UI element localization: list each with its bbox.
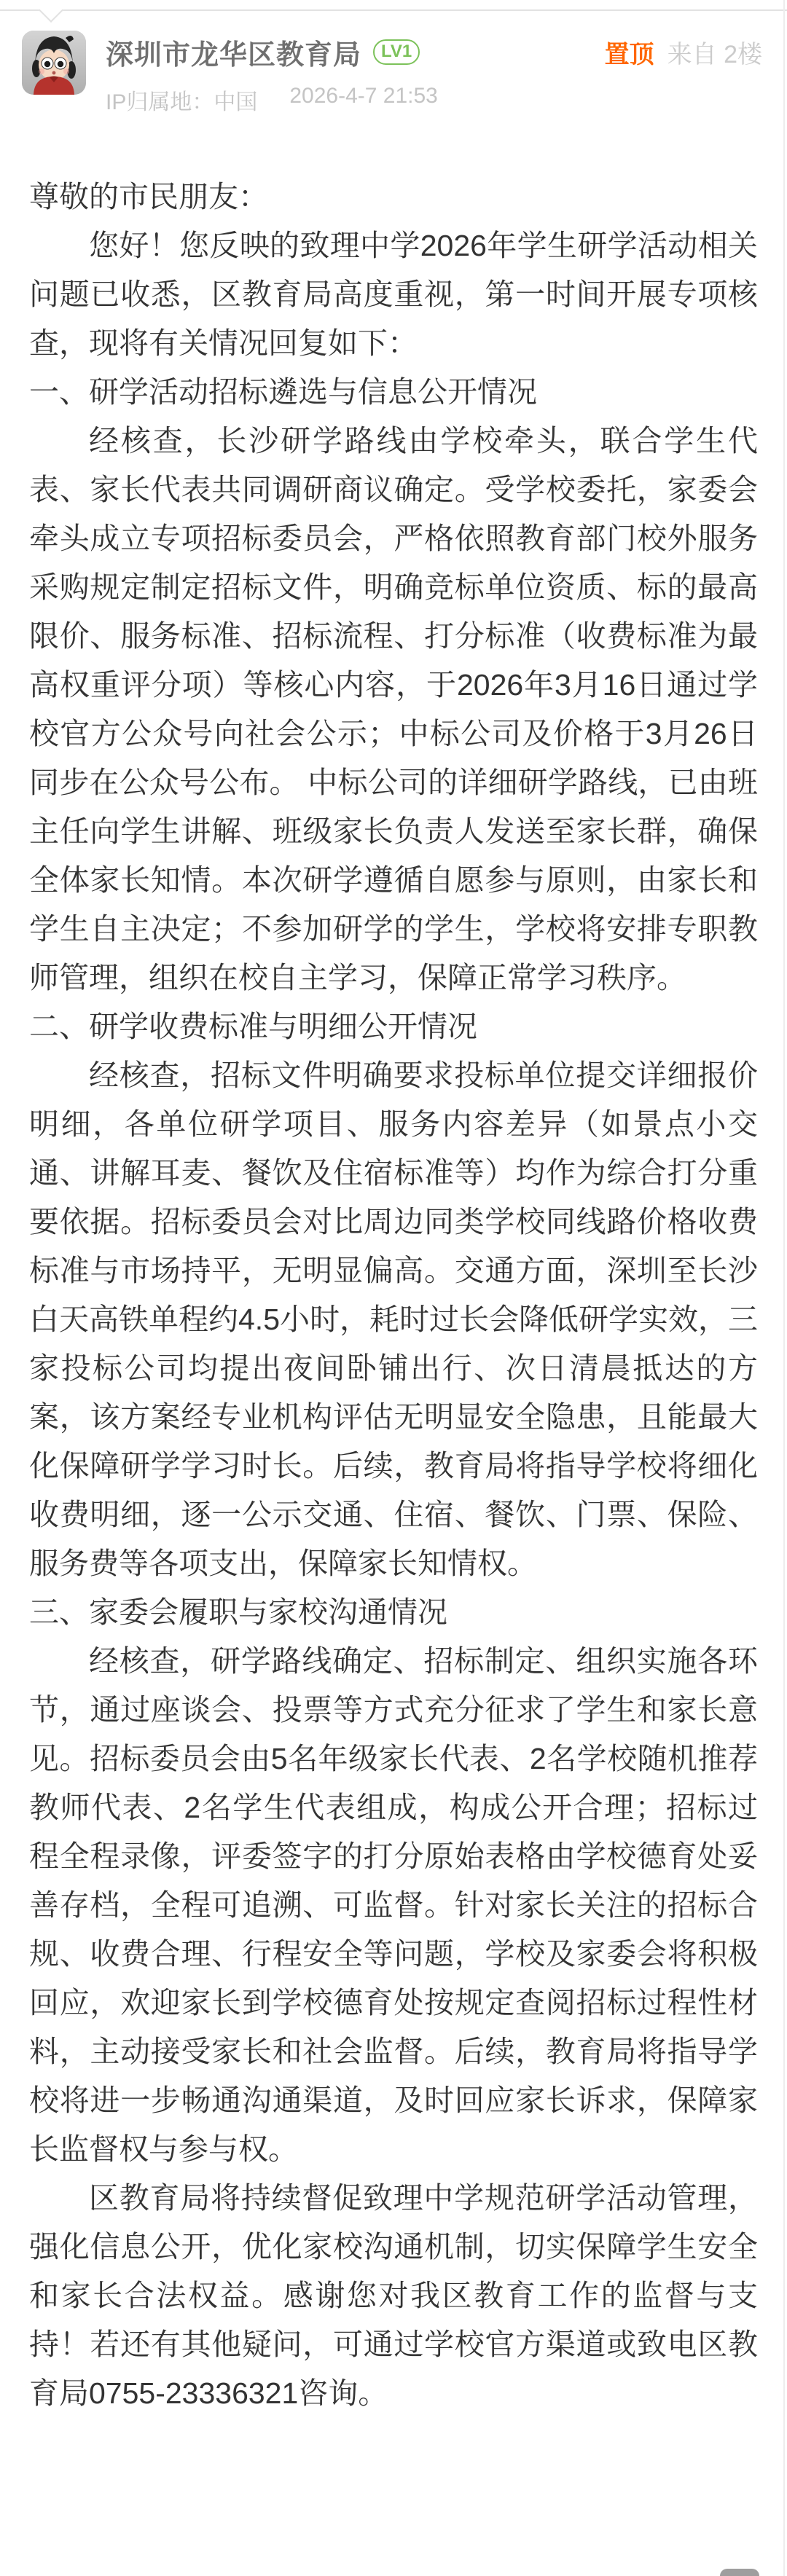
bubble-notch: [39, 0, 63, 23]
thread-divider: [0, 9, 787, 11]
section-paragraph-1: 经核查，长沙研学路线由学校牵头，联合学生代表、家长代表共同调研商议确定。受学校委…: [29, 417, 758, 1002]
meta-row: IP归属地：中国 2026-4-7 21:53: [106, 84, 762, 116]
reply-header: 深圳市龙华区教育局 LV1 置顶 来自 2楼 IP归属地：中国 2026-4-7…: [22, 31, 762, 116]
level-badge: LV1: [373, 39, 420, 65]
salutation: 尊敬的市民朋友：: [29, 173, 758, 221]
floor-label: 来自 2楼: [667, 34, 762, 70]
header-text-block: 深圳市龙华区教育局 LV1 置顶 来自 2楼 IP归属地：中国 2026-4-7…: [106, 31, 762, 116]
reply-post-panel: 深圳市龙华区教育局 LV1 置顶 来自 2楼 IP归属地：中国 2026-4-7…: [0, 0, 787, 2576]
section-paragraph-3: 经核查，研学路线确定、招标制定、组织实施各环节，通过座谈会、投票等方式充分征求了…: [29, 1637, 758, 2174]
intro-paragraph: 您好！您反映的致理中学2026年学生研学活动相关问题已收悉，区教育局高度重视，第…: [29, 221, 758, 368]
timestamp: 2026-4-7 21:53: [289, 84, 438, 116]
pinned-badge: 置顶: [605, 34, 654, 70]
section-heading-1: 一、研学活动招标遴选与信息公开情况: [29, 368, 758, 417]
section-paragraph-2: 经核查，招标文件明确要求投标单位提交详细报价明细，各单位研学项目、服务内容差异（…: [29, 1051, 758, 1588]
closing-paragraph: 区教育局将持续督促致理中学规范研学活动管理，强化信息公开，优化家校沟通机制，切实…: [29, 2174, 758, 2418]
right-meta: 置顶 来自 2楼: [605, 34, 762, 70]
username[interactable]: 深圳市龙华区教育局: [106, 32, 361, 72]
right-edge-line: [783, 0, 785, 2576]
reply-content: 尊敬的市民朋友： 您好！您反映的致理中学2026年学生研学活动相关问题已收悉，区…: [29, 173, 758, 2418]
ip-location: IP归属地：中国: [106, 84, 257, 116]
boy-avatar-icon: [22, 31, 86, 95]
section-heading-2: 二、研学收费标准与明细公开情况: [29, 1002, 758, 1051]
name-row: 深圳市龙华区教育局 LV1 置顶 来自 2楼: [106, 32, 762, 72]
back-to-top-button[interactable]: [720, 2569, 759, 2576]
section-heading-3: 三、家委会履职与家校沟通情况: [29, 1588, 758, 1637]
avatar[interactable]: [22, 31, 86, 95]
